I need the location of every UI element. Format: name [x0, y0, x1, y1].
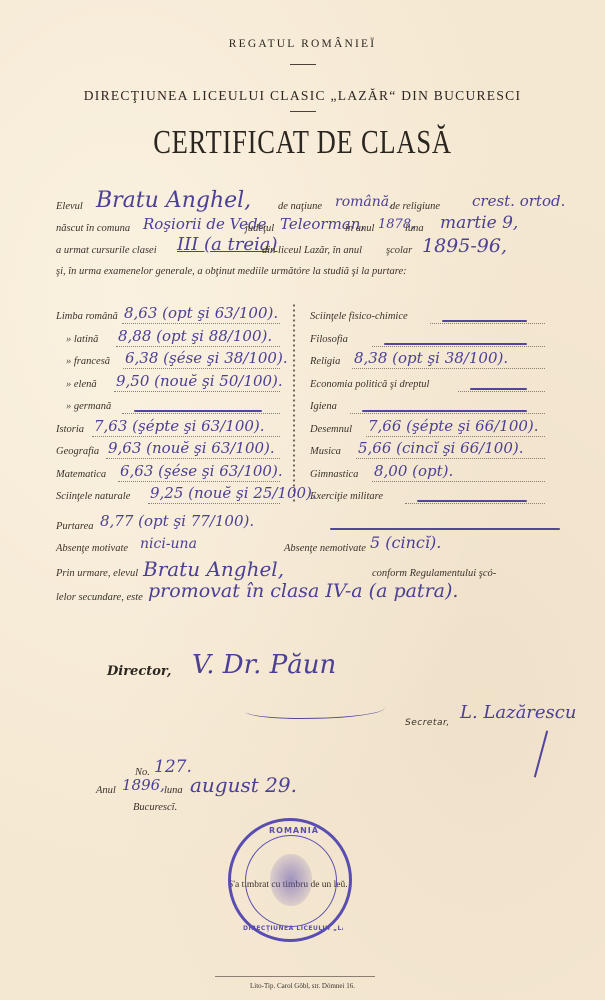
label-lyceum: din liceul Lazăr, în anul	[262, 245, 362, 256]
grade-value: 5,66 (cincĭ şi 66/100).	[358, 439, 524, 457]
label-nation: de naţiune	[278, 201, 322, 212]
grade-subject: Geografia	[56, 446, 99, 457]
nationality: română,	[335, 194, 394, 210]
excused-absences: nici-una	[140, 536, 197, 552]
dotted-line	[148, 503, 280, 504]
dotted-line	[350, 413, 545, 414]
dotted-line	[458, 391, 545, 392]
label-county: judeţul	[245, 223, 274, 234]
blank-grade-stroke	[417, 500, 527, 502]
dotted-line	[372, 481, 545, 482]
grade-subject: Desemnul	[310, 424, 352, 435]
grade-value: 8,88 (opt şi 88/100).	[118, 327, 272, 345]
printer-imprint: Lito-Tip. Carol Göbl, str. Dómnei 16.	[0, 982, 605, 990]
blank-grade-stroke	[384, 343, 527, 345]
birth-month-day: martie 9,	[440, 213, 518, 233]
dotted-line	[118, 481, 280, 482]
signature-tail	[534, 731, 548, 778]
dotted-line	[122, 323, 280, 324]
label-scholar: şcolar	[386, 245, 412, 256]
dotted-line	[405, 503, 545, 504]
grade-value: 8,00 (opt).	[374, 462, 453, 480]
student-name: Bratu Anghel,	[96, 188, 251, 213]
kingdom-heading: REGATUL ROMÂNIEÏ	[0, 38, 605, 50]
intro-statement: şi, în urma examenelor generale, a obţin…	[56, 266, 407, 277]
conclusion-student-name: Bratu Anghel,	[143, 557, 284, 581]
blank-grade-stroke	[362, 410, 527, 412]
label-religion: de religiune	[390, 201, 440, 212]
label-unexcused-absences: Absenţe nemotivate	[284, 543, 366, 554]
label-director: Director,	[107, 664, 171, 679]
issue-month-day: august 29.	[190, 773, 297, 797]
divider	[290, 64, 316, 65]
label-secondary-schools: lelor secundare, este	[56, 592, 143, 603]
label-month: luna	[164, 785, 183, 796]
label-secretary: Secretar,	[405, 718, 450, 728]
registration-number: 127.	[154, 757, 192, 777]
official-seal: ROMANIA DIRECŢIUNEA LICEULUI „LAZĂR“ DIN…	[228, 818, 352, 942]
grade-subject: Matematica	[56, 469, 106, 480]
seal-ring-text: DIRECŢIUNEA LICEULUI „LAZĂR“ DIN BUCURES…	[243, 925, 343, 932]
secretary-signature: L. Lazărescu	[460, 702, 576, 723]
label-conclusion: Prin urmare, elevul	[56, 568, 138, 579]
grade-subject: Limba română	[56, 311, 118, 322]
issue-city: Bucurescĭ.	[133, 802, 177, 813]
dotted-line	[366, 436, 545, 437]
grade-value: 9,63 (nouĕ şi 63/100).	[108, 439, 275, 457]
label-excused-absences: Absenţe motivate	[56, 543, 128, 554]
certificate-title: CERTIFICAT DE CLASĂ	[67, 124, 539, 162]
grade-value: 7,66 (şépte şi 66/100).	[368, 417, 539, 435]
grade-value: 9,25 (nouĕ şi 25/100).	[150, 484, 317, 502]
label-regulation: conform Regulamentului şcó-	[372, 568, 496, 579]
divider	[290, 111, 316, 112]
dotted-line	[92, 436, 280, 437]
grade-value: 8,63 (opt şi 63/100).	[124, 304, 278, 322]
grade-subject: Gimnastica	[310, 469, 358, 480]
conduct-grade: 8,77 (opt şi 77/100).	[100, 512, 254, 530]
blank-grade-stroke	[134, 410, 262, 412]
dotted-line	[116, 346, 280, 347]
dotted-line	[352, 368, 545, 369]
dotted-line	[122, 413, 280, 414]
seal-top-text: ROMANIA	[269, 826, 319, 835]
grade-subject: » francesă	[66, 356, 110, 367]
school-direction-heading: DIRECŢIUNEA LICEULUI CLASIC „LAZĂR“ DIN …	[0, 88, 605, 104]
label-born: născut în comuna	[56, 223, 130, 234]
blank-stroke	[330, 528, 560, 530]
grade-value: 8,38 (opt şi 38/100).	[354, 349, 508, 367]
seal-inner-ring	[245, 835, 337, 927]
school-year: 1895-96,	[422, 235, 507, 257]
director-signature: V. Dr. Păun	[192, 650, 336, 680]
grade-subject: Igiena	[310, 401, 337, 412]
dotted-line	[123, 368, 280, 369]
label-year: în anul	[345, 223, 374, 234]
promotion-result: promovat în clasa IV-a (a patra).	[148, 580, 458, 602]
dotted-line	[430, 323, 545, 324]
grade-subject: Sciinţele naturale	[56, 491, 130, 502]
grade-subject: Exerciţie militare	[310, 491, 383, 502]
grade-subject: Sciinţele fisico-chimice	[310, 311, 408, 322]
unexcused-absences: 5 (cincĭ).	[370, 533, 441, 552]
footer-divider	[215, 976, 375, 977]
grade-value: 6,63 (şése şi 63/100).	[120, 462, 283, 480]
grade-subject: Musica	[310, 446, 341, 457]
issue-year: 1896,	[122, 776, 165, 794]
signature-flourish	[245, 700, 385, 719]
grade-subject: Economia politică şi dreptul	[310, 379, 429, 390]
grade-subject: » elenă	[66, 379, 97, 390]
blank-grade-stroke	[470, 388, 527, 390]
blank-grade-stroke	[442, 320, 527, 322]
grade-value: 6,38 (şése şi 38/100).	[125, 349, 288, 367]
religion: crest. ortod.	[472, 192, 565, 210]
dotted-line	[106, 458, 280, 459]
column-separator	[292, 303, 296, 503]
dotted-line	[114, 391, 280, 392]
grade-value: 7,63 (şépte şi 63/100).	[94, 417, 265, 435]
grade-subject: Religia	[310, 356, 340, 367]
label-month: luna	[405, 223, 424, 234]
grade-value: 9,50 (nouĕ şi 50/100).	[116, 372, 283, 390]
dotted-line	[372, 346, 545, 347]
coat-of-arms-icon	[270, 854, 312, 906]
grade-subject: » latină	[66, 334, 98, 345]
grade-subject: » germană	[66, 401, 111, 412]
dotted-line	[356, 458, 545, 459]
grade-subject: Filosofia	[310, 334, 348, 345]
grade-subject: Istoria	[56, 424, 84, 435]
label-course: a urmat cursurile clasei	[56, 245, 157, 256]
label-conduct: Purtarea	[56, 521, 94, 532]
label-student: Elevul	[56, 201, 83, 212]
label-year: Anul	[96, 785, 116, 796]
